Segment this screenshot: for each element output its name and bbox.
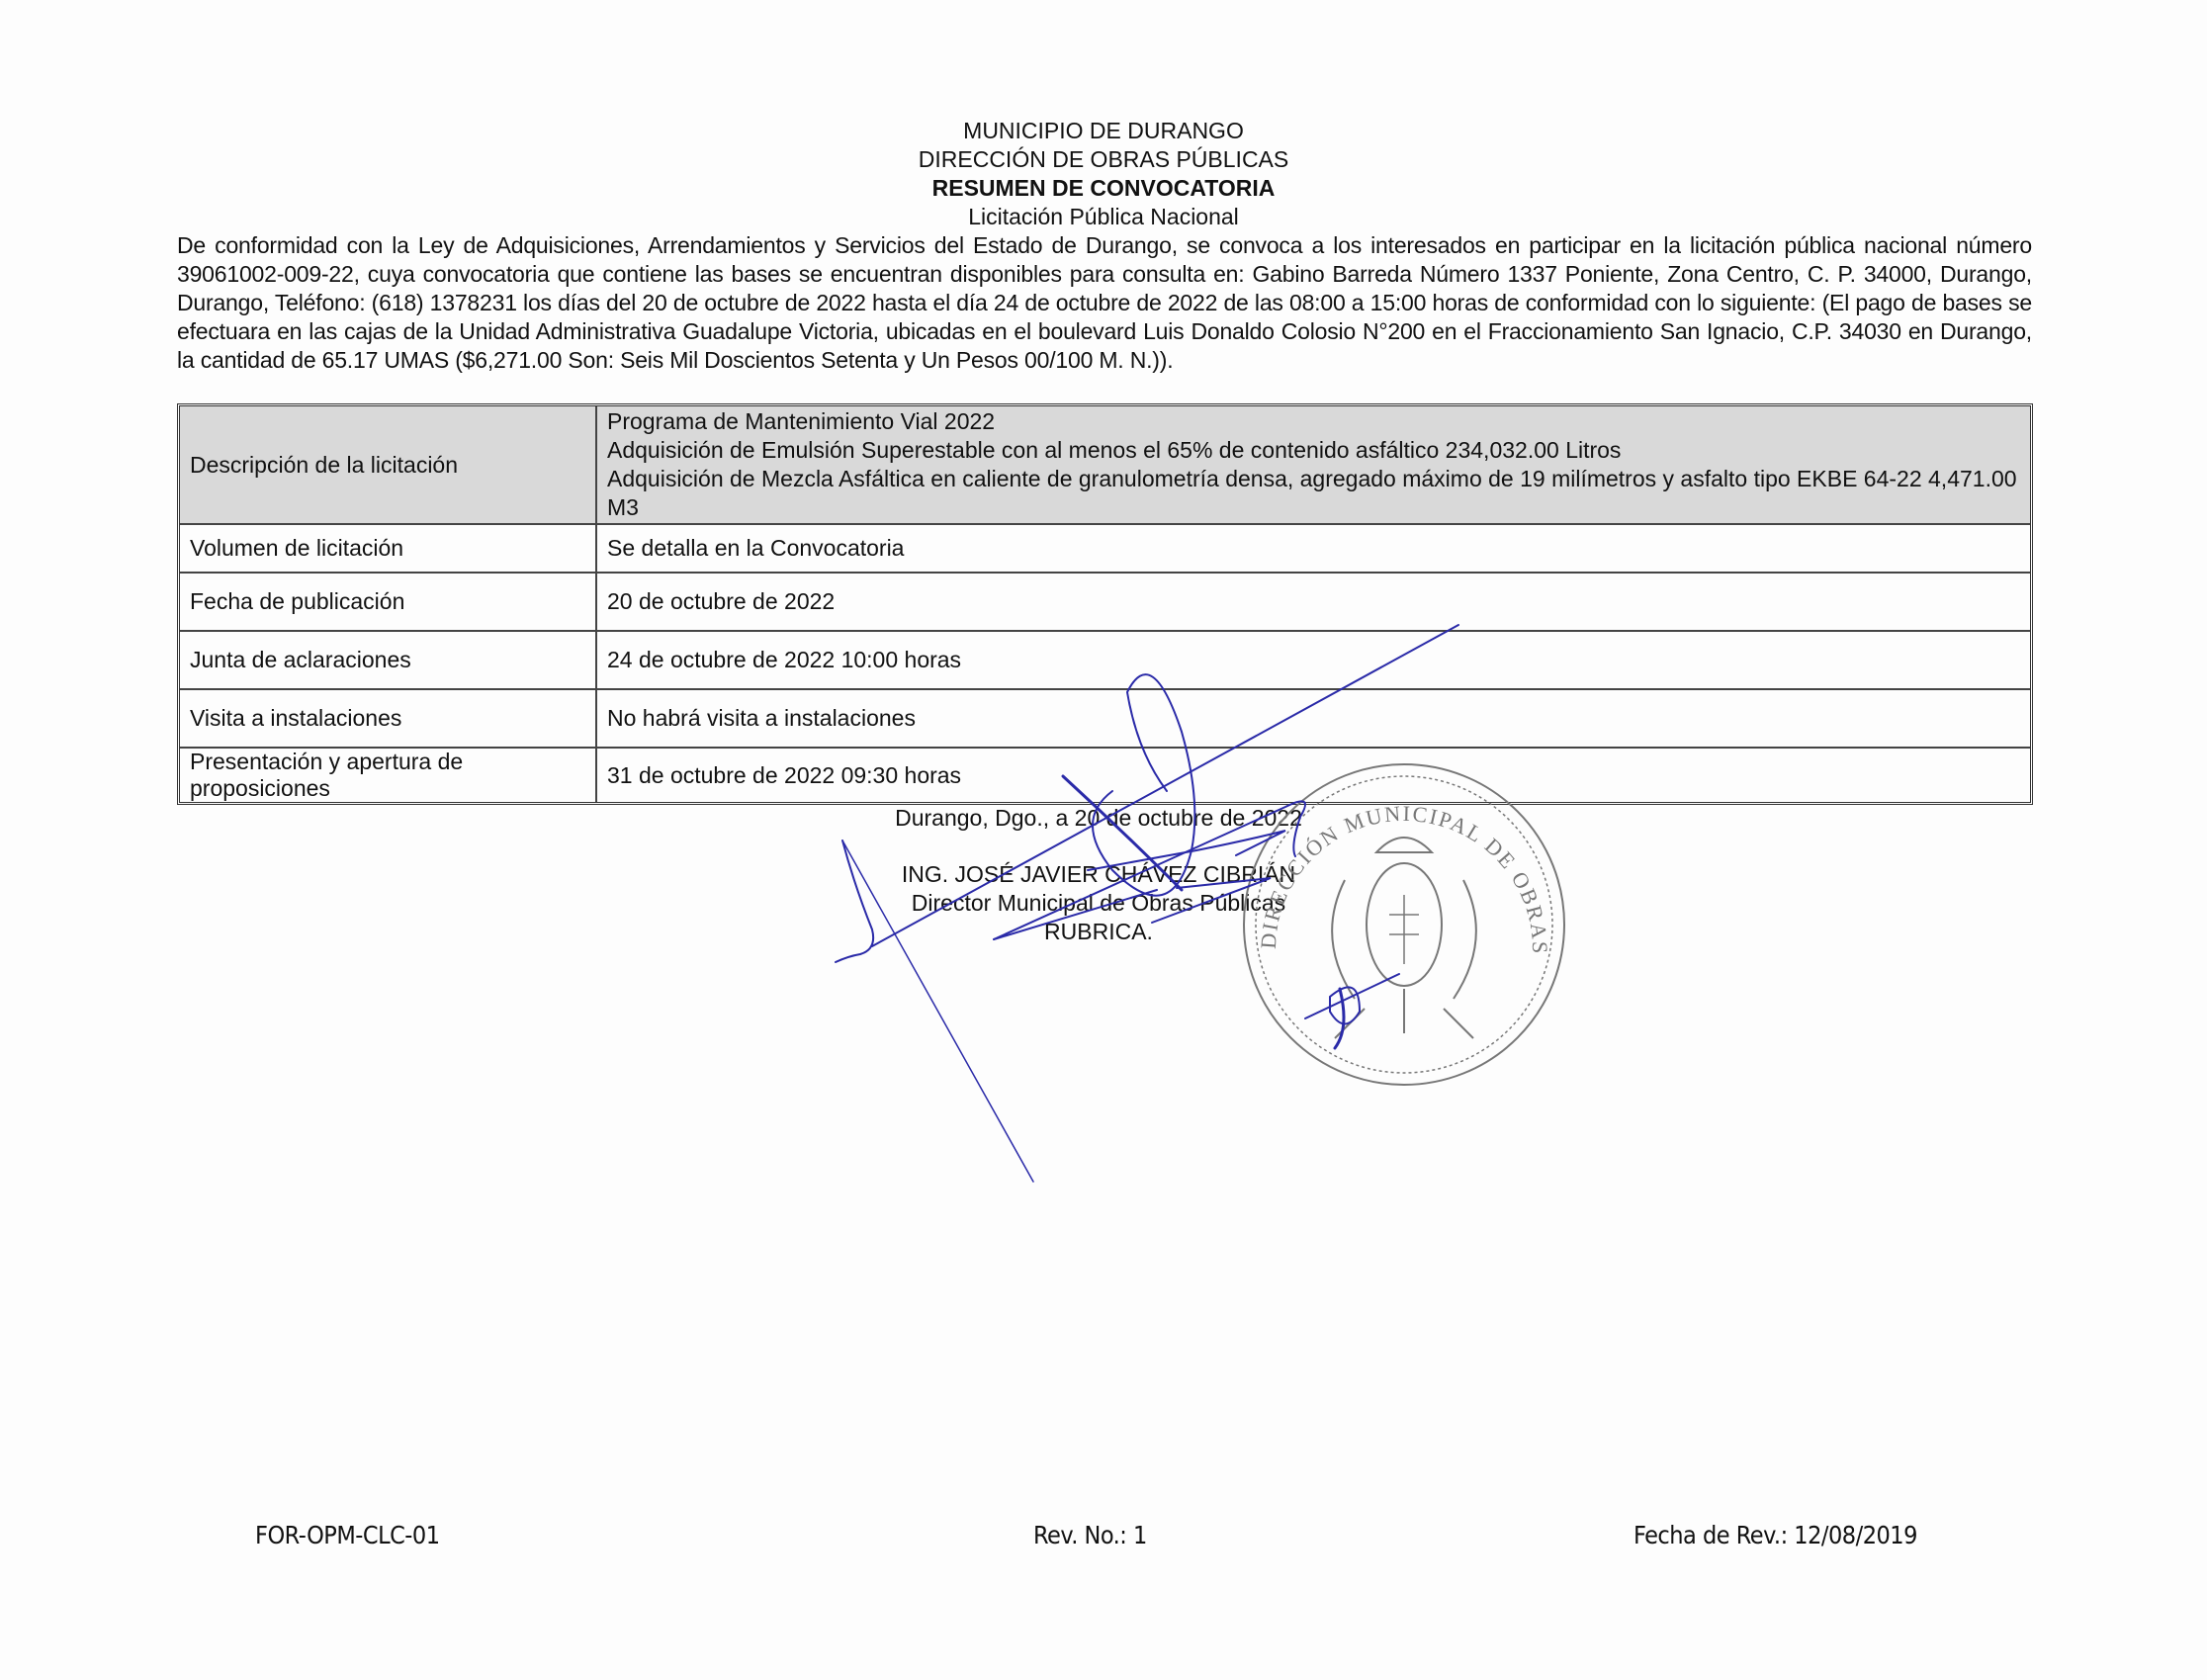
description-line: Adquisición de Emulsión Superestable con… bbox=[607, 436, 2020, 465]
row-value: Se detalla en la Convocatoria bbox=[597, 525, 2030, 574]
row-label: Fecha de publicación bbox=[180, 574, 597, 632]
document-header: MUNICIPIO DE DURANGO DIRECCIÓN DE OBRAS … bbox=[0, 117, 2207, 231]
revision-date: Fecha de Rev.: 12/08/2019 bbox=[1633, 1521, 1917, 1549]
signature-note: RUBRICA. bbox=[0, 918, 2202, 946]
table-row: Fecha de publicación 20 de octubre de 20… bbox=[180, 574, 2030, 632]
row-label: Descripción de la licitación bbox=[180, 406, 597, 525]
row-value: 31 de octubre de 2022 09:30 horas bbox=[597, 749, 2030, 802]
intro-paragraph: De conformidad con la Ley de Adquisicion… bbox=[177, 231, 2032, 375]
table-row: Volumen de licitación Se detalla en la C… bbox=[180, 525, 2030, 574]
row-value: 24 de octubre de 2022 10:00 horas bbox=[597, 632, 2030, 690]
municipality-name: MUNICIPIO DE DURANGO bbox=[0, 117, 2207, 145]
revision-number: Rev. No.: 1 bbox=[1033, 1521, 1147, 1549]
tender-details-table: Descripción de la licitación Programa de… bbox=[177, 403, 2033, 805]
signatory-block: ING. JOSÉ JAVIER CHÁVEZ CIBRIÁN Director… bbox=[0, 860, 2202, 946]
document-title: RESUMEN DE CONVOCATORIA bbox=[0, 174, 2207, 203]
form-code: FOR-OPM-CLC-01 bbox=[255, 1521, 440, 1549]
signatory-name: ING. JOSÉ JAVIER CHÁVEZ CIBRIÁN bbox=[0, 860, 2202, 889]
description-cell: Programa de Mantenimiento Vial 2022 Adqu… bbox=[597, 406, 2030, 525]
table-row: Presentación y apertura de proposiciones… bbox=[180, 749, 2030, 802]
description-line: Programa de Mantenimiento Vial 2022 bbox=[607, 407, 2020, 436]
place-date: Durango, Dgo., a 20 de octubre de 2022 bbox=[0, 804, 2202, 833]
tender-type: Licitación Pública Nacional bbox=[0, 203, 2207, 231]
row-label: Volumen de licitación bbox=[180, 525, 597, 574]
signatory-title: Director Municipal de Obras Públicas bbox=[0, 889, 2202, 918]
row-value: No habrá visita a instalaciones bbox=[597, 690, 2030, 749]
row-label: Junta de aclaraciones bbox=[180, 632, 597, 690]
table-row: Visita a instalaciones No habrá visita a… bbox=[180, 690, 2030, 749]
row-label: Presentación y apertura de proposiciones bbox=[180, 749, 597, 802]
table-row: Junta de aclaraciones 24 de octubre de 2… bbox=[180, 632, 2030, 690]
row-value: 20 de octubre de 2022 bbox=[597, 574, 2030, 632]
row-label: Visita a instalaciones bbox=[180, 690, 597, 749]
department-name: DIRECCIÓN DE OBRAS PÚBLICAS bbox=[0, 145, 2207, 174]
description-line: Adquisición de Mezcla Asfáltica en calie… bbox=[607, 465, 2020, 522]
table-row: Descripción de la licitación Programa de… bbox=[180, 406, 2030, 525]
